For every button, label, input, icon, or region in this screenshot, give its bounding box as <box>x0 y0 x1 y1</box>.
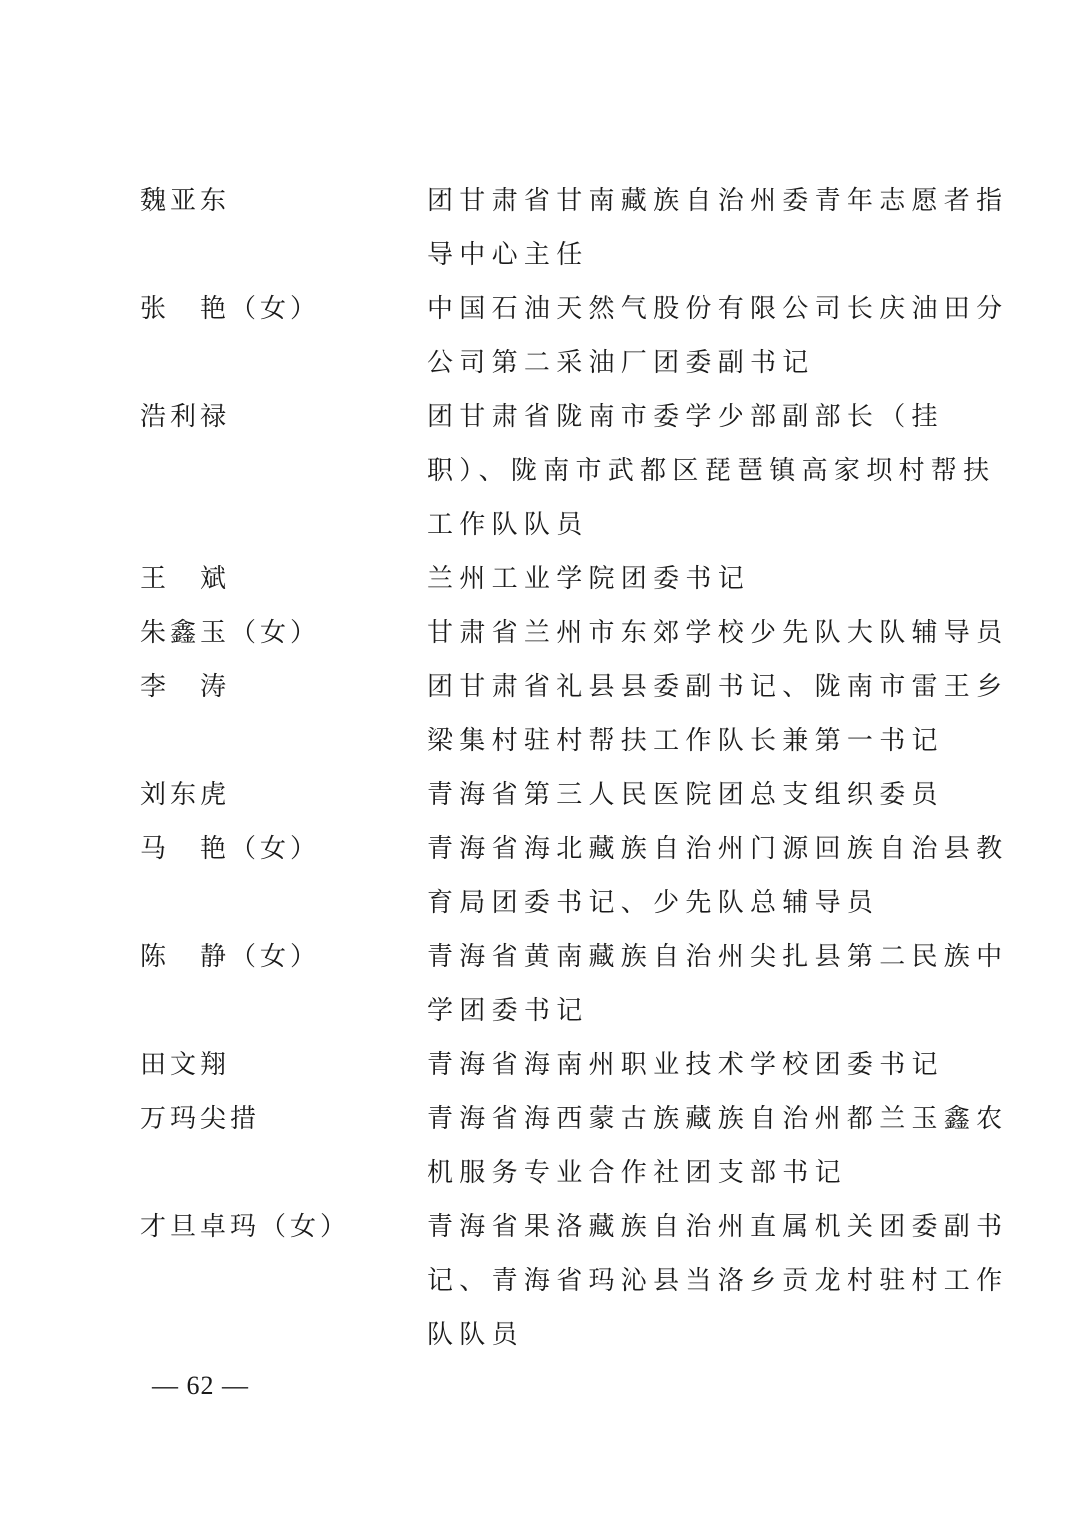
person-position: 中国石油天然气股份有限公司长庆油田分 公司第二采油厂团委副书记 <box>427 282 939 390</box>
list-item: 李 涛 团甘肃省礼县县委副书记、陇南市雷王乡 梁集村驻村帮扶工作队长兼第一书记 <box>140 660 940 768</box>
list-item: 田文翔 青海省海南州职业技术学校团委书记 <box>140 1038 940 1092</box>
person-name: 马 艳（女） <box>140 822 427 930</box>
list-item: 万玛尖措 青海省海西蒙古族藏族自治州都兰玉鑫农 机服务专业合作社团支部书记 <box>140 1092 940 1200</box>
person-name: 李 涛 <box>140 660 427 768</box>
position-line: 导中心主任 <box>427 228 939 282</box>
person-name: 陈 静（女） <box>140 930 427 1038</box>
position-line: 工作队队员 <box>427 498 939 552</box>
person-name: 才旦卓玛（女） <box>140 1200 427 1362</box>
position-line: 青海省第三人民医院团总支组织委员 <box>427 768 939 822</box>
person-position: 甘肃省兰州市东郊学校少先队大队辅导员 <box>427 606 939 660</box>
position-line: 机服务专业合作社团支部书记 <box>427 1146 939 1200</box>
person-name: 王 斌 <box>140 552 427 606</box>
position-line: 梁集村驻村帮扶工作队长兼第一书记 <box>427 714 939 768</box>
person-name: 万玛尖措 <box>140 1092 427 1200</box>
person-position: 青海省海南州职业技术学校团委书记 <box>427 1038 939 1092</box>
position-line: 青海省黄南藏族自治州尖扎县第二民族中 <box>427 930 939 984</box>
position-line: 青海省海北藏族自治州门源回族自治县教 <box>427 822 939 876</box>
position-line: 团甘肃省陇南市委学少部副部长（挂 <box>427 390 939 444</box>
name-list: 魏亚东 团甘肃省甘南藏族自治州委青年志愿者指 导中心主任 张 艳（女） 中国石油… <box>140 174 940 1362</box>
person-position: 青海省黄南藏族自治州尖扎县第二民族中 学团委书记 <box>427 930 939 1038</box>
person-name: 刘东虎 <box>140 768 427 822</box>
person-position: 兰州工业学院团委书记 <box>427 552 939 606</box>
position-line: 甘肃省兰州市东郊学校少先队大队辅导员 <box>427 606 939 660</box>
person-name: 张 艳（女） <box>140 282 427 390</box>
list-item: 刘东虎 青海省第三人民医院团总支组织委员 <box>140 768 940 822</box>
list-item: 张 艳（女） 中国石油天然气股份有限公司长庆油田分 公司第二采油厂团委副书记 <box>140 282 940 390</box>
person-position: 青海省海北藏族自治州门源回族自治县教 育局团委书记、少先队总辅导员 <box>427 822 939 930</box>
list-item: 马 艳（女） 青海省海北藏族自治州门源回族自治县教 育局团委书记、少先队总辅导员 <box>140 822 940 930</box>
page-number: — 62 — <box>152 1371 249 1401</box>
person-position: 团甘肃省陇南市委学少部副部长（挂 职）、陇南市武都区琵琶镇高家坝村帮扶 工作队队… <box>427 390 939 552</box>
person-name: 魏亚东 <box>140 174 427 282</box>
list-item: 陈 静（女） 青海省黄南藏族自治州尖扎县第二民族中 学团委书记 <box>140 930 940 1038</box>
person-name: 朱鑫玉（女） <box>140 606 427 660</box>
list-item: 魏亚东 团甘肃省甘南藏族自治州委青年志愿者指 导中心主任 <box>140 174 940 282</box>
person-position: 青海省海西蒙古族藏族自治州都兰玉鑫农 机服务专业合作社团支部书记 <box>427 1092 939 1200</box>
document-page: 魏亚东 团甘肃省甘南藏族自治州委青年志愿者指 导中心主任 张 艳（女） 中国石油… <box>0 0 1080 1527</box>
person-position: 团甘肃省礼县县委副书记、陇南市雷王乡 梁集村驻村帮扶工作队长兼第一书记 <box>427 660 939 768</box>
position-line: 公司第二采油厂团委副书记 <box>427 336 939 390</box>
list-item: 王 斌 兰州工业学院团委书记 <box>140 552 940 606</box>
position-line: 青海省海南州职业技术学校团委书记 <box>427 1038 939 1092</box>
person-position: 青海省第三人民医院团总支组织委员 <box>427 768 939 822</box>
person-position: 青海省果洛藏族自治州直属机关团委副书 记、青海省玛沁县当洛乡贡龙村驻村工作 队队… <box>427 1200 939 1362</box>
person-name: 浩利禄 <box>140 390 427 552</box>
list-item: 浩利禄 团甘肃省陇南市委学少部副部长（挂 职）、陇南市武都区琵琶镇高家坝村帮扶 … <box>140 390 940 552</box>
position-line: 职）、陇南市武都区琵琶镇高家坝村帮扶 <box>427 444 939 498</box>
person-name: 田文翔 <box>140 1038 427 1092</box>
position-line: 青海省果洛藏族自治州直属机关团委副书 <box>427 1200 939 1254</box>
list-item: 朱鑫玉（女） 甘肃省兰州市东郊学校少先队大队辅导员 <box>140 606 940 660</box>
position-line: 队队员 <box>427 1308 939 1362</box>
position-line: 学团委书记 <box>427 984 939 1038</box>
position-line: 青海省海西蒙古族藏族自治州都兰玉鑫农 <box>427 1092 939 1146</box>
position-line: 中国石油天然气股份有限公司长庆油田分 <box>427 282 939 336</box>
position-line: 兰州工业学院团委书记 <box>427 552 939 606</box>
person-position: 团甘肃省甘南藏族自治州委青年志愿者指 导中心主任 <box>427 174 939 282</box>
position-line: 团甘肃省礼县县委副书记、陇南市雷王乡 <box>427 660 939 714</box>
position-line: 团甘肃省甘南藏族自治州委青年志愿者指 <box>427 174 939 228</box>
position-line: 记、青海省玛沁县当洛乡贡龙村驻村工作 <box>427 1254 939 1308</box>
position-line: 育局团委书记、少先队总辅导员 <box>427 876 939 930</box>
list-item: 才旦卓玛（女） 青海省果洛藏族自治州直属机关团委副书 记、青海省玛沁县当洛乡贡龙… <box>140 1200 940 1362</box>
